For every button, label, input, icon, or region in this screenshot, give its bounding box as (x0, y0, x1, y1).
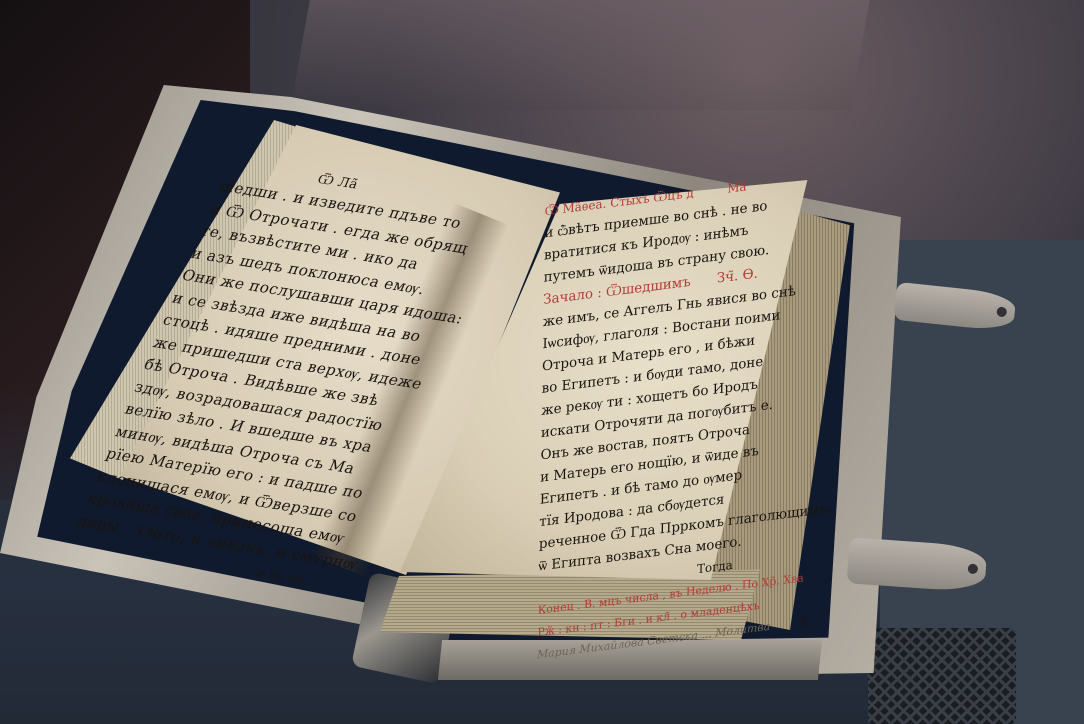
right-page-text: Ѿ Ма̃ѳеа. Стыхъ Ѿцъ д Ма̃ и ѽвѣтъ приемш… (537, 170, 793, 667)
vent-lattice (868, 628, 1016, 724)
margin-note: Зч̃. Ѳ. (717, 266, 758, 287)
signature-mark: Е. (800, 615, 812, 630)
vent-grille (868, 628, 1016, 724)
folio-number: Ма̃ (727, 179, 747, 196)
glass-reflection (290, 0, 869, 110)
